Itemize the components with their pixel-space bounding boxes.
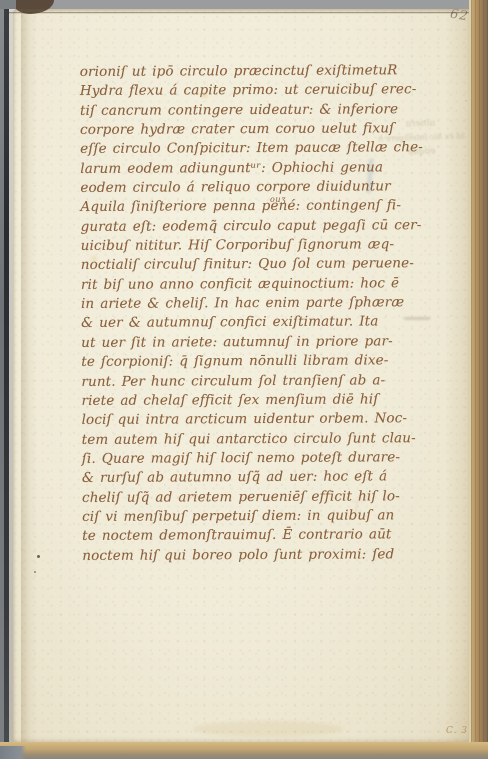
text-line: in ariete & cheliſ. In hac enim parte ſp… [81,293,431,314]
page-edge-bottom [0,742,488,759]
text-line: rit biſ uno anno conficit æquinoctium: h… [81,274,431,295]
text-line: & rurſuſ ab autumno uſq̃ ad uer: hoc eſt… [82,467,432,488]
corner-mark: C. 3 [446,726,468,736]
text-line: orioniſ ut ipō circulo præcinctuſ exiſti… [80,61,430,82]
manuscript-page: 62 .. ulnera id ex hic intelligere h eoq… [13,9,471,744]
ink-speck [34,571,36,573]
text-line: riete ad chelaſ efficit ſex menſium diē … [81,390,431,411]
manuscript-photo: 62 .. ulnera id ex hic intelligere h eoq… [0,0,488,759]
text-line: uicibuſ nititur. Hiſ Corporibuſ ſignorum… [81,235,431,256]
text-line: cheliſ uſq̃ ad arietem perueniēſ efficit… [82,487,432,508]
text-line: & uer & autumnuſ confici exiſtimatur. It… [81,313,431,334]
ink-speck [37,555,40,558]
paper-stain [201,93,208,98]
text-line: Hydra flexu á capite primo: ut ceruicibu… [80,80,430,101]
book-binding-top [8,0,488,12]
text-line: larum eodem adiunguntᵘʳ: Ophiochi genua [80,158,430,179]
interlinear-correction: ouʒ [270,195,286,204]
page-edge-right [469,0,488,759]
text-line: corpore hydræ crater cum coruo uelut fix… [80,119,430,140]
text-line: ciſ vi menſibuſ perpetuiſ diem: in quibu… [82,506,432,527]
text-line: tem autem hiſ qui antarctico circulo ſun… [82,429,432,450]
text-line: noctem hiſ qui boreo polo ſunt proximi: … [82,545,432,566]
text-line: te ſcorpioniſ: q̄ ſignum nōnulli libram … [81,351,431,372]
binding-top-corner [0,0,16,9]
paper-stain [193,721,343,737]
text-line: noctialiſ circuluſ finitur: Quo ſol cum … [81,255,431,276]
paper-stain [91,256,97,261]
text-line: eſſe circulo Conſpicitur: Item paucæ ſte… [80,138,430,159]
text-line: tiſ cancrum contingere uideatur: & infer… [80,100,430,121]
text-line: gurata eſt: eodemq̃ circulo caput pegaſi… [80,216,430,237]
text-line: runt. Per hunc circulum ſol tranſienſ ab… [81,371,431,392]
page-edge-bottom-corner [0,746,26,759]
text-line: lociſ qui intra arcticum uidentur orbem.… [82,409,432,430]
text-block: orioniſ ut ipō circulo præcinctuſ exiſti… [80,61,433,566]
text-line: Aquila ſiniſteriore penna pené: continge… [80,196,430,217]
text-line: te noctem demonſtrauimuſ. Ē contrario aū… [82,525,432,546]
text-line: ut uer ſit in ariete: autumnuſ in priore… [81,332,431,353]
text-line: eodem circulo á reliquo corpore diuidunt… [80,177,430,198]
text-line: ſi. Quare magiſ hiſ lociſ nemo poteſt du… [82,448,432,469]
